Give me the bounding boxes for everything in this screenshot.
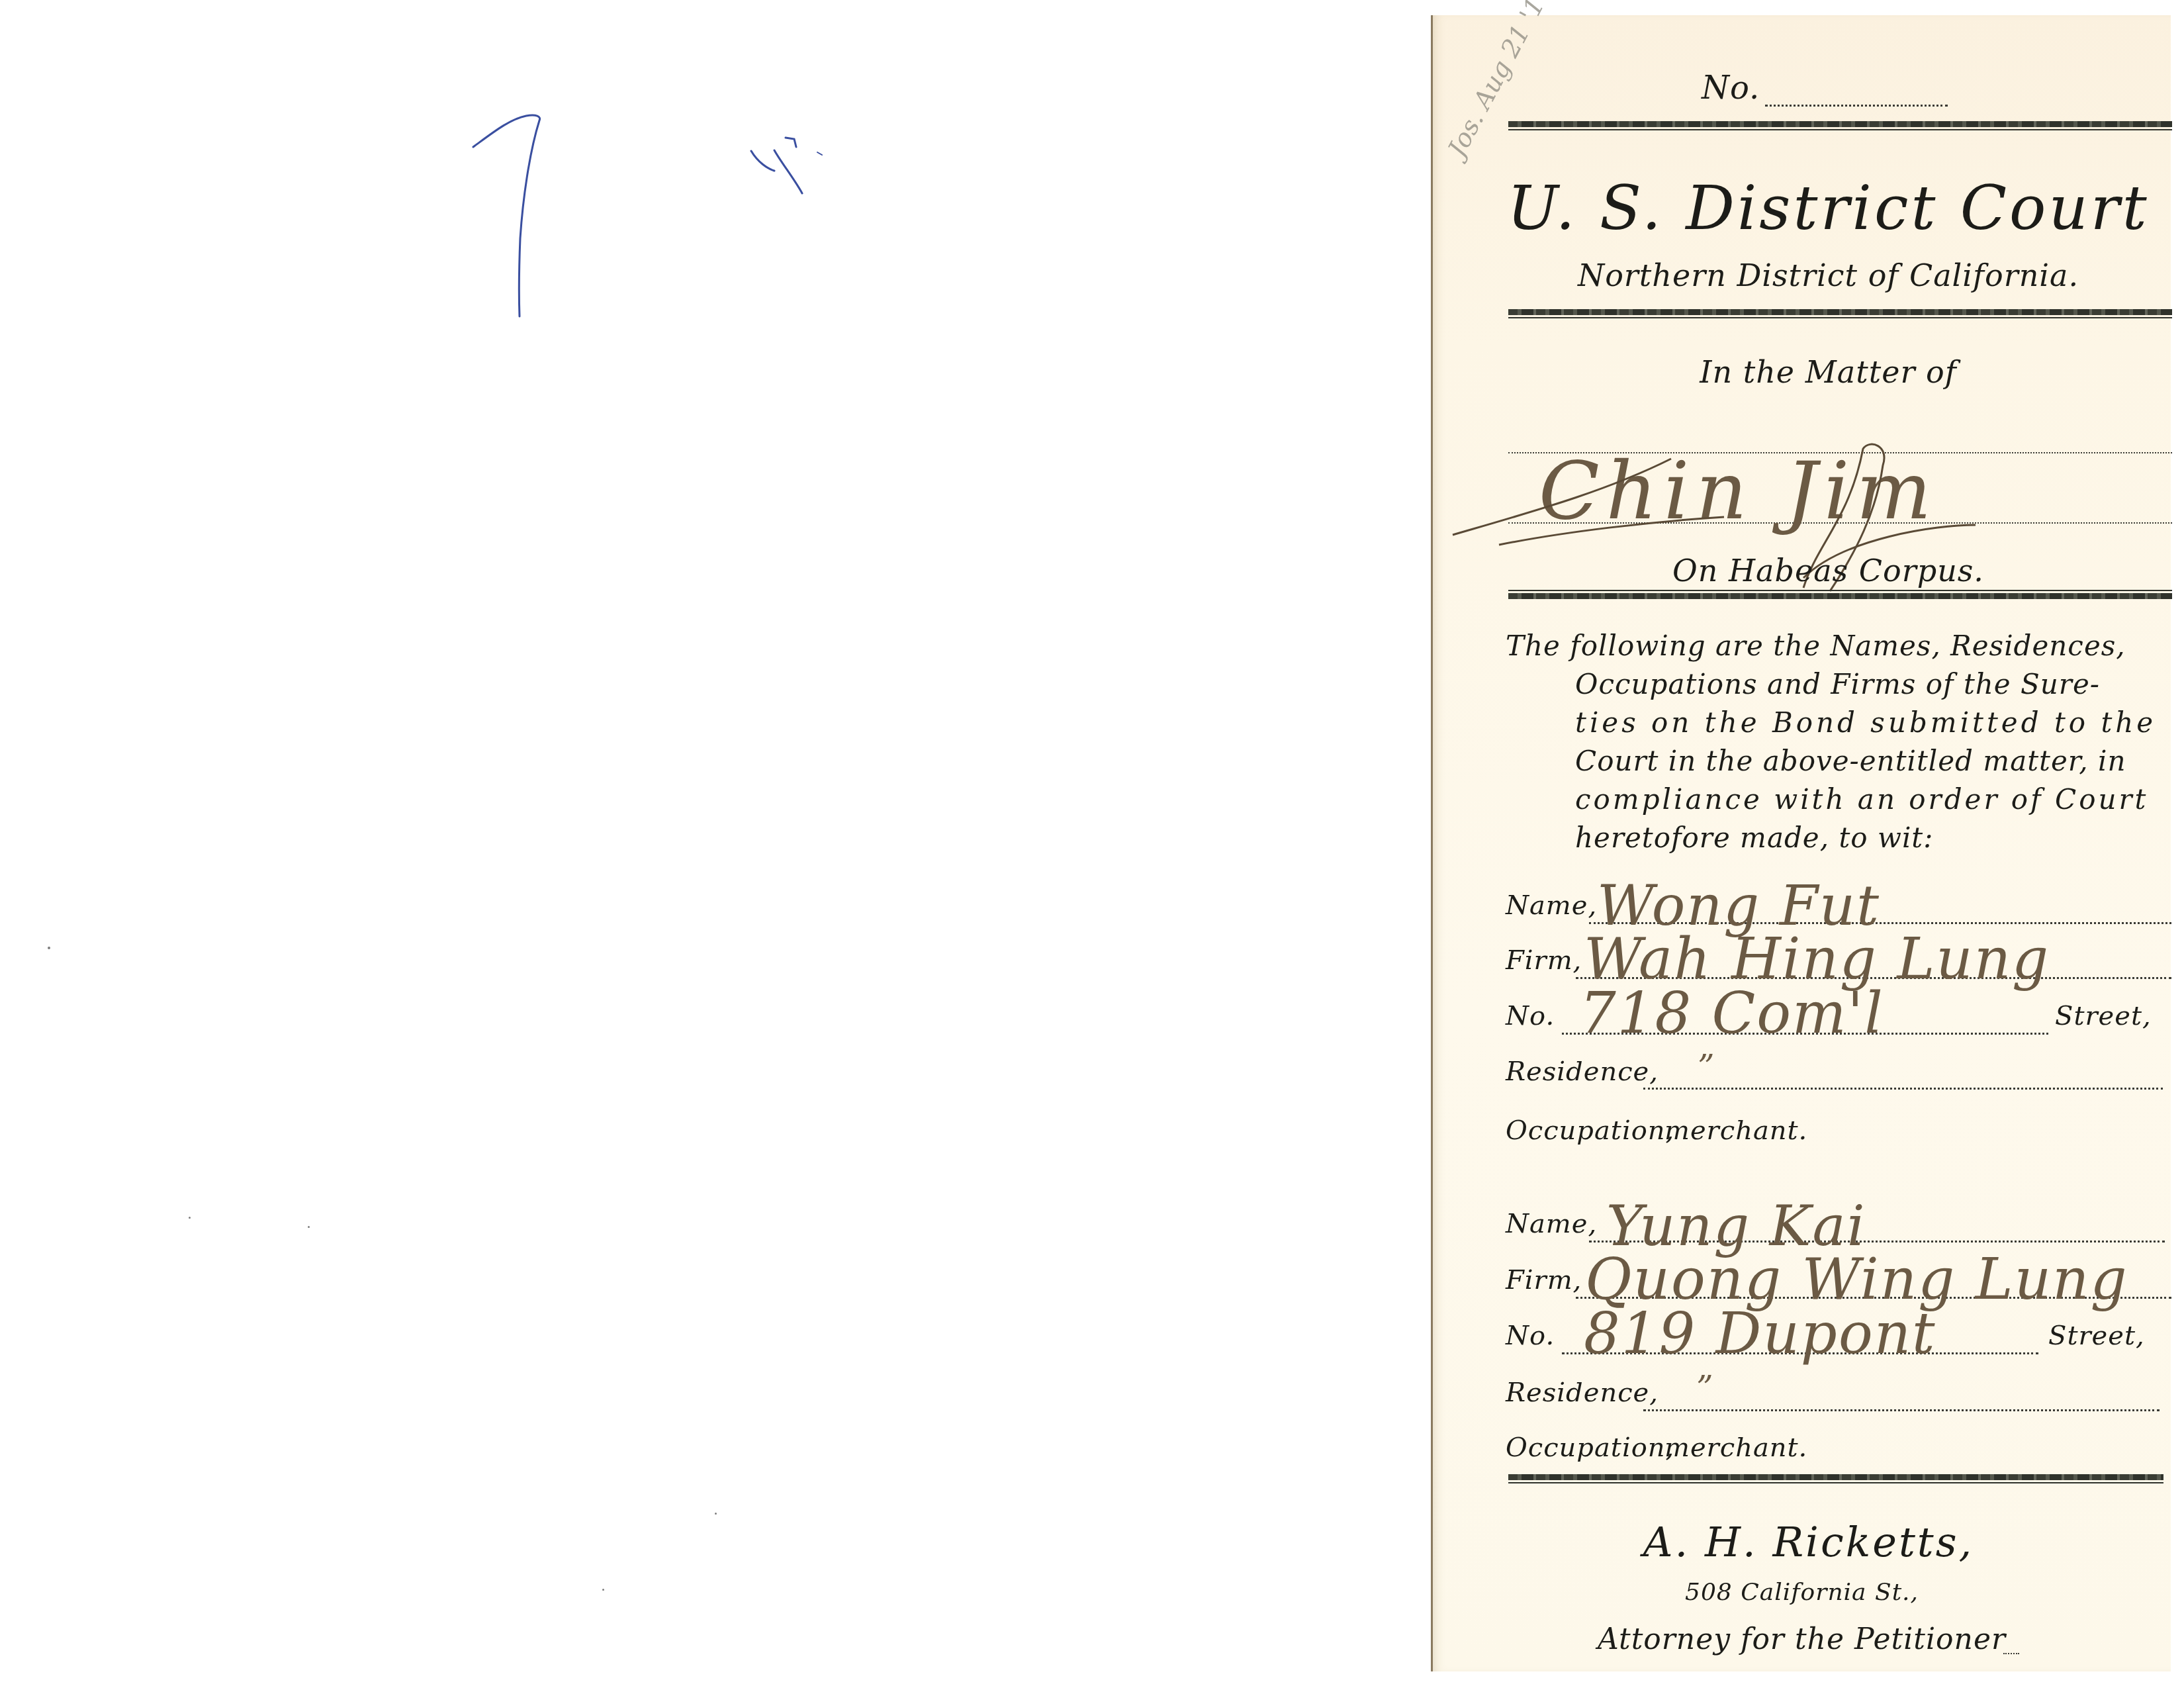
pen-mark-annotations [0, 0, 1430, 1688]
dust-speck [602, 1589, 604, 1591]
surety-1-no-label: No. [1506, 1001, 1555, 1031]
surety-2-residence-label: Residence, [1506, 1378, 1659, 1408]
dust-speck [48, 947, 50, 949]
surety-2-residence[interactable]: ” [1696, 1369, 1715, 1407]
surety-2-occupation: merchant. [1664, 1432, 1807, 1463]
pen-mark-four [751, 138, 802, 193]
divider-rule [1508, 1474, 2163, 1485]
pencil-note: Jos. Aug 21 '1 [1442, 0, 1550, 162]
surety-1-occupation-label: Occupation, [1506, 1115, 1674, 1146]
surety-1-firm-label: Firm, [1506, 945, 1582, 976]
case-number-label: No. [1702, 70, 1760, 107]
blank-left-page [0, 0, 1430, 1688]
divider-rule [1508, 590, 2172, 600]
preamble-line: Occupations and Firms of the Sure- [1575, 668, 2100, 700]
attorney-name: A. H. Ricketts, [1433, 1518, 2177, 1566]
court-document: Jos. Aug 21 '1 No. U. S. District Court … [1431, 15, 2171, 1671]
surety-2-firm-label: Firm, [1506, 1265, 1582, 1295]
preamble-line: ties on the Bond submitted to the [1575, 706, 2156, 739]
district-subtitle: Northern District of California. [1433, 258, 2184, 293]
preamble-line: compliance with an order of Court [1575, 783, 2148, 816]
surety-1-street-label: Street, [2055, 1001, 2152, 1031]
case-number-field[interactable] [1765, 105, 1948, 107]
surety-1-occupation: merchant. [1664, 1115, 1807, 1146]
surety-1-residence[interactable]: ” [1698, 1048, 1716, 1086]
surety-2-street-number[interactable]: 819 Dupont [1584, 1301, 1936, 1367]
surety-1-name-label: Name, [1506, 890, 1597, 921]
surety-2-occupation-label: Occupation, [1506, 1432, 1674, 1463]
pen-mark-seven [473, 115, 540, 316]
surety-2-name-label: Name, [1506, 1209, 1597, 1239]
court-title: U. S. District Court [1433, 173, 2184, 244]
divider-rule [1508, 121, 2172, 132]
dust-speck [189, 1217, 191, 1219]
attorney-role-trailing-line [2003, 1653, 2019, 1654]
dust-speck [308, 1226, 310, 1228]
surety-1-residence-label: Residence, [1506, 1056, 1659, 1087]
surety-2-street-label: Street, [2048, 1321, 2145, 1351]
attorney-role: Attorney for the Petitioner [1433, 1622, 2171, 1656]
divider-rule [1508, 309, 2172, 320]
matter-type: On Habeas Corpus. [1433, 553, 2184, 588]
dust-speck [715, 1513, 717, 1515]
preamble-line: Court in the above-entitled matter, in [1575, 745, 2126, 777]
attorney-address: 508 California St., [1433, 1579, 2171, 1606]
surety-2-residence-field[interactable] [1643, 1409, 2160, 1411]
surety-2-no-label: No. [1506, 1321, 1555, 1351]
preamble-line: heretofore made, to wit: [1575, 821, 1933, 854]
matter-intro: In the Matter of [1433, 354, 2184, 390]
surety-1-residence-field[interactable] [1643, 1088, 2163, 1090]
preamble-line: The following are the Names, Residences, [1506, 630, 2126, 662]
surety-1-street-number[interactable]: 718 Com'l [1580, 980, 1884, 1047]
